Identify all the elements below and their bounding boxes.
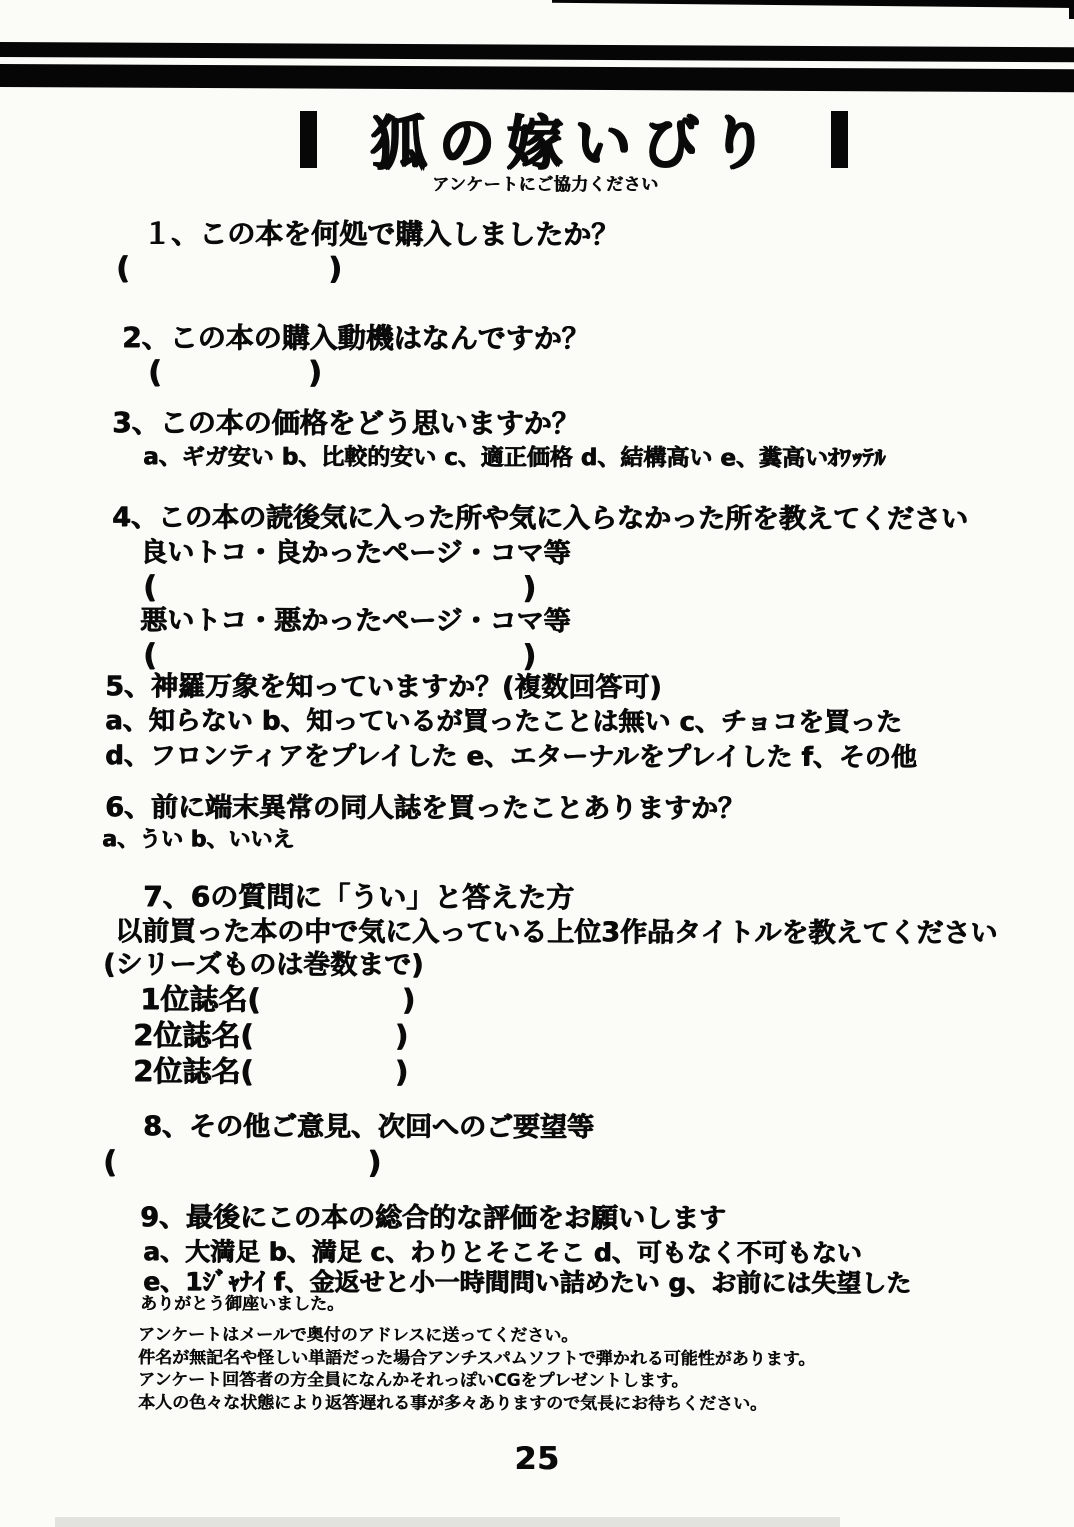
q4-title: 4、この本の読後気に入った所や気に入らなかった所を教えてください: [112, 503, 968, 534]
footer-note: 本人の色々な状態により返答遅れる事が多々ありますので気長にお待ちください。: [138, 1394, 767, 1414]
q6-title: 6、前に端末異常の同人誌を買ったことありますか？: [105, 793, 745, 824]
page-title: 狐の嫁いびり: [317, 97, 831, 180]
scanned-survey-page: 狐の嫁いびり アンケートにご協力ください １、この本を何処で購入しましたか？ (…: [0, 0, 1074, 1527]
footer-note: 件名が無記名や怪しい単語だった場合アンチスパムソフトで弾かれる可能性があります。: [138, 1349, 815, 1369]
bottom-scan-band: [55, 1517, 840, 1527]
title-row: 狐の嫁いびり: [300, 106, 848, 172]
q7-rank2-blank: 2位誌名( ): [133, 1020, 408, 1052]
title-left-bar: [300, 111, 317, 168]
footer-note: アンケートはメールで奥付のアドレスに送ってください。: [138, 1326, 578, 1346]
page-number: 25: [0, 1441, 1074, 1477]
q5-options-line2: d、フロンティアをプレイした e、エターナルをプレイした f、その他: [105, 742, 917, 772]
q8-title: 8、その他ご意見、次回へのご要望等: [143, 1112, 594, 1143]
q4-good-label: 良いトコ・良かったページ・コマ等: [140, 538, 570, 569]
header-rule-top: [0, 42, 1074, 62]
q2-answer-blank: ( ): [148, 356, 322, 389]
q7-subtitle: 以前買った本の中で気に入っている上位3作品タイトルを教えてください: [115, 917, 997, 949]
footer-note: アンケート回答者の方全員になんかそれっぽいCGをプレゼントします。: [138, 1371, 688, 1391]
q1-title: １、この本を何処で購入しましたか？: [143, 219, 619, 251]
page-subtitle: アンケートにご協力ください: [432, 170, 658, 195]
q5-options-line1: a、知らない b、知っているが買ったことは無い c、チョコを買った: [105, 707, 902, 737]
header-rule-bottom: [0, 64, 1074, 92]
q8-answer-blank: ( ): [103, 1146, 381, 1180]
corner-scan-mark: [1069, 7, 1074, 19]
q9-title: 9、最後にこの本の総合的な評価をお願いします: [140, 1203, 726, 1234]
q6-options: a、うい b、いいえ: [102, 828, 294, 853]
q9-options-line2: e、1ｼﾞｬﾅｲ f、金返せと小一時間問い詰めたい g、お前には失望した: [143, 1268, 911, 1297]
q3-title: 3、この本の価格をどう思いますか？: [112, 408, 580, 440]
title-right-bar: [831, 111, 848, 168]
q9-thanks: ありがとう御座いました。: [140, 1295, 344, 1314]
top-edge-scan-line: [552, 0, 1074, 8]
q1-answer-blank: ( ): [116, 252, 342, 285]
q3-options: a、ギガ安い b、比較的安い c、適正価格 d、結構高い e、糞高いｵﾜｯﾃﾙ: [143, 445, 885, 472]
q5-title: 5、神羅万象を知っていますか？(複数回答可): [105, 672, 662, 703]
q7-note: (シリーズものは巻数まで): [103, 950, 423, 980]
q2-title: 2、この本の購入動機はなんですか？: [122, 323, 590, 355]
q4-bad-blank: ( ): [143, 639, 536, 673]
q4-good-blank: ( ): [143, 571, 536, 605]
q7-rank1-blank: 1位誌名( ): [140, 984, 415, 1016]
q7-rank3-blank: 2位誌名( ): [133, 1056, 408, 1088]
q4-bad-label: 悪いトコ・悪かったページ・コマ等: [140, 606, 570, 637]
q9-options-line1: a、大満足 b、満足 c、わりとそこそこ d、可もなく不可もない: [143, 1238, 862, 1267]
q7-title: 7、6の質問に「うい」と答えた方: [143, 882, 574, 914]
